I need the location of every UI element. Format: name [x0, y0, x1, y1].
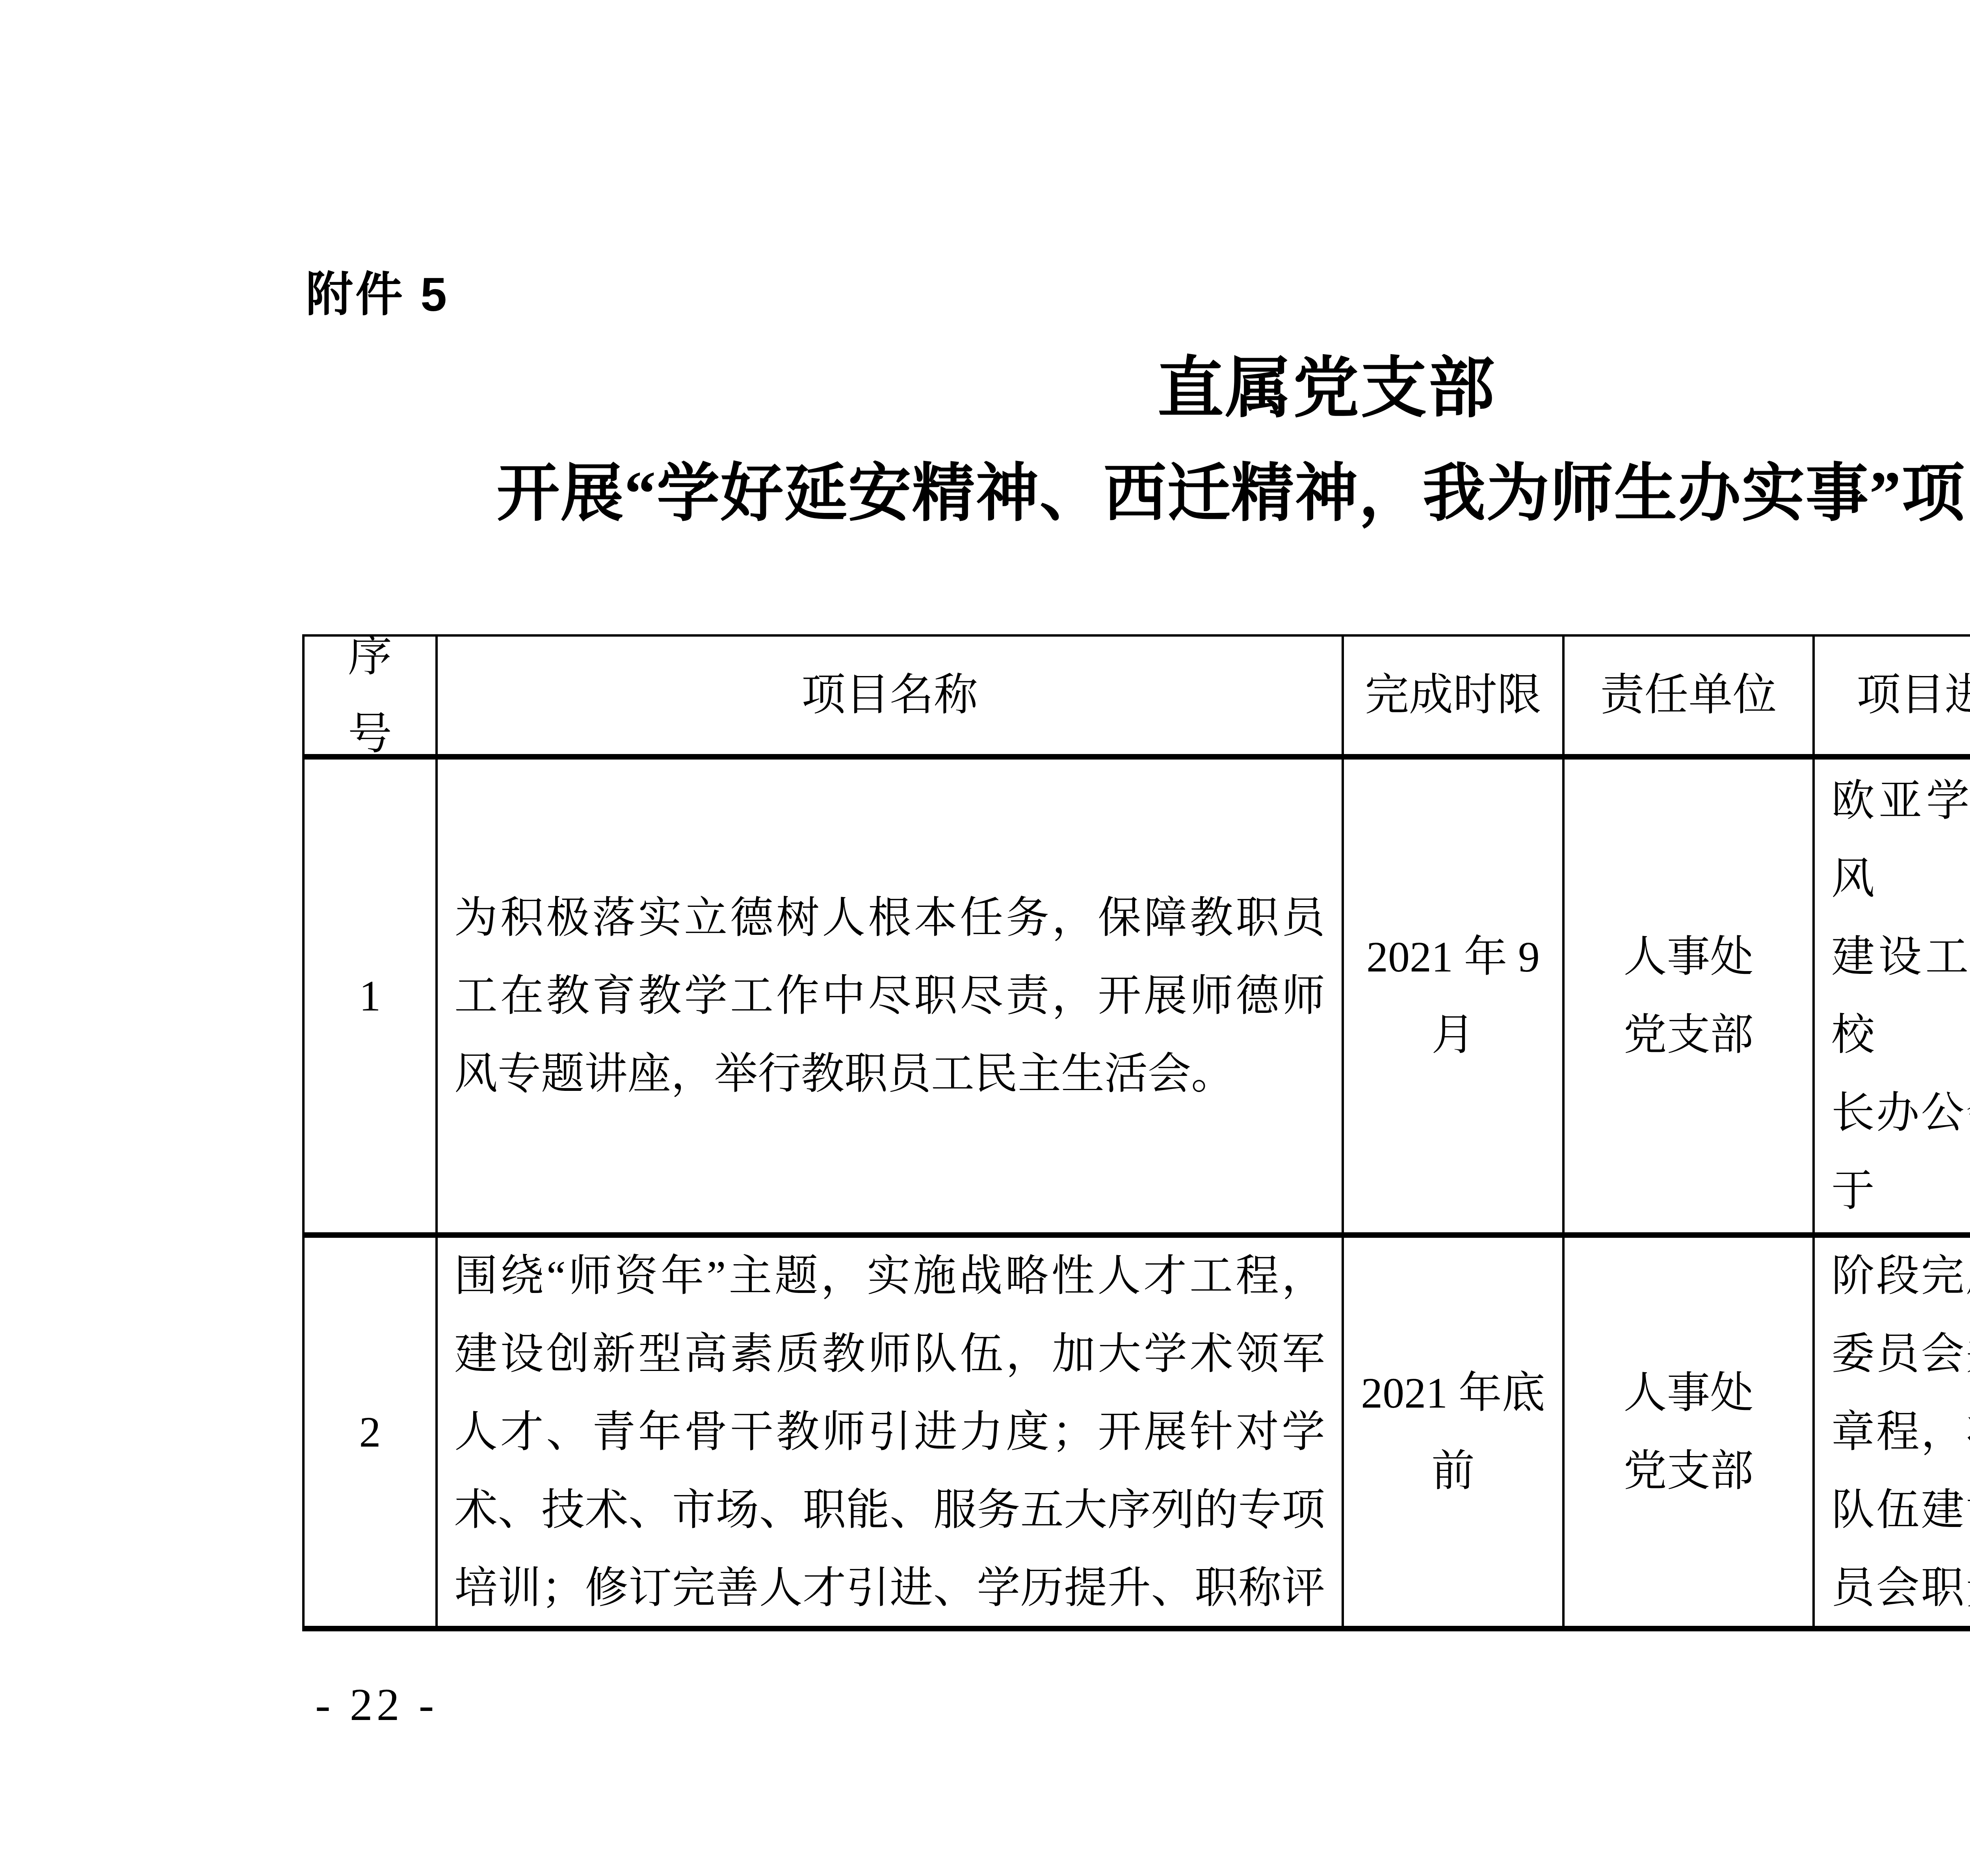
text-line: 长办公会公布。完成《关于: [1831, 1074, 1970, 1230]
header-cell-no: 序 号: [305, 637, 438, 754]
document-page: { "page": { "attachment_label": "附件 5", …: [0, 0, 1970, 1876]
table-header-row: 序 号 项目名称 完成时限 责任单位 项目进展情况信息公开: [305, 637, 1970, 760]
table-row: 2 围绕“师资年”主题，实施战略性人才工程，建设创新型高素质教师队伍，加大学术领…: [305, 1238, 1970, 1626]
text-line: 风专题讲座，举行教职员工民主生活会。: [454, 1035, 1325, 1113]
text-line: 人才、青年骨干教师引进力度；开展针对学: [454, 1393, 1325, 1471]
text-line: 成立教职工三大民主委员: [1831, 1230, 1970, 1232]
header-label: 责任单位: [1581, 656, 1796, 734]
cell-project-name: 围绕“师资年”主题，实施战略性人才工程，建设创新型高素质教师队伍，加大学术领军人…: [438, 1238, 1344, 1626]
document-title-line1: 直属党支部: [0, 351, 1970, 426]
project-list-table: 序 号 项目名称 完成时限 责任单位 项目进展情况信息公开 1 为积极落实立德树…: [302, 634, 1970, 1631]
row-number: 2: [321, 1393, 419, 1471]
cell-progress-info: 阶段完成情况。成立师资委员会并明确师资委员会章程，将监督和指导师资队伍建设工作作…: [1815, 1238, 1970, 1626]
header-cell-name: 项目名称: [438, 637, 1344, 754]
cell-deadline: 2021 年 9月: [1344, 760, 1565, 1232]
text-line: 培训；修订完善人才引进、学历提升、职称评: [454, 1549, 1325, 1626]
cell-responsible-unit: 人事处党支部: [1565, 760, 1815, 1232]
text-line: 员会职责，校领导牵头人: [1831, 1549, 1970, 1626]
page-number: - 22 -: [315, 1674, 438, 1737]
cell-project-name: 为积极落实立德树人根本任务，保障教职员工在教育教学工作中尽职尽责，开展师德师风专…: [438, 760, 1344, 1232]
cell-row-number: 2: [305, 1238, 438, 1626]
text-line: 围绕“师资年”主题，实施战略性人才工程，: [454, 1238, 1325, 1315]
text-line: 人事处: [1581, 1354, 1796, 1432]
table-row: 1 为积极落实立德树人根本任务，保障教职员工在教育教学工作中尽职尽责，开展师德师…: [305, 760, 1970, 1238]
text-line: 委员会并明确师资委员会: [1831, 1315, 1970, 1393]
text-line: 2021 年 9: [1360, 918, 1546, 996]
header-cell-deadline: 完成时限: [1344, 637, 1565, 754]
header-label: 项目名称: [454, 656, 1325, 734]
text-line: 月: [1360, 996, 1546, 1074]
header-cell-progress: 项目进展情况信息公开: [1815, 637, 1970, 754]
text-line: 人事处: [1581, 918, 1796, 996]
cell-deadline: 2021 年底前: [1344, 1238, 1565, 1626]
header-label: 序 号: [321, 637, 419, 754]
header-cell-unit: 责任单位: [1565, 637, 1815, 754]
attachment-label: 附件 5: [306, 263, 449, 326]
text-line: 队伍建设工作作为师资委: [1831, 1471, 1970, 1549]
header-label: 完成时限: [1360, 656, 1546, 734]
cell-progress-info: 阶段完成情况。制定《西安欧亚学院 2021 年师德师风建设工作方案》，并通过校长…: [1815, 760, 1970, 1232]
text-line: 建设创新型高素质教师队伍，加大学术领军: [454, 1315, 1325, 1393]
text-line: 2021 年底: [1360, 1354, 1546, 1432]
text-line: 前: [1360, 1432, 1546, 1510]
text-line: 术、技术、市场、职能、服务五大序列的专项: [454, 1471, 1325, 1549]
text-line: 建设工作方案》，并通过校: [1831, 918, 1970, 1074]
text-line: 阶段完成情况。成立师资: [1831, 1238, 1970, 1315]
header-label: 项目进展情况信息公开: [1831, 656, 1970, 734]
cell-row-number: 1: [305, 760, 438, 1232]
cell-responsible-unit: 人事处党支部: [1565, 1238, 1815, 1626]
text-line: 党支部: [1581, 1432, 1796, 1510]
row-number: 1: [321, 957, 419, 1035]
text-line: 工在教育教学工作中尽职尽责，开展师德师: [454, 957, 1325, 1035]
text-line: 为积极落实立德树人根本任务，保障教职员: [454, 879, 1325, 957]
text-line: 章程，将监督和指导师资: [1831, 1393, 1970, 1471]
document-title-line2: 开展“学好延安精神、西迁精神，我为师生办实事”项目清单: [0, 456, 1970, 531]
text-line: 欧亚学院 2021 年师德师风: [1831, 762, 1970, 918]
text-line: 党支部: [1581, 996, 1796, 1074]
